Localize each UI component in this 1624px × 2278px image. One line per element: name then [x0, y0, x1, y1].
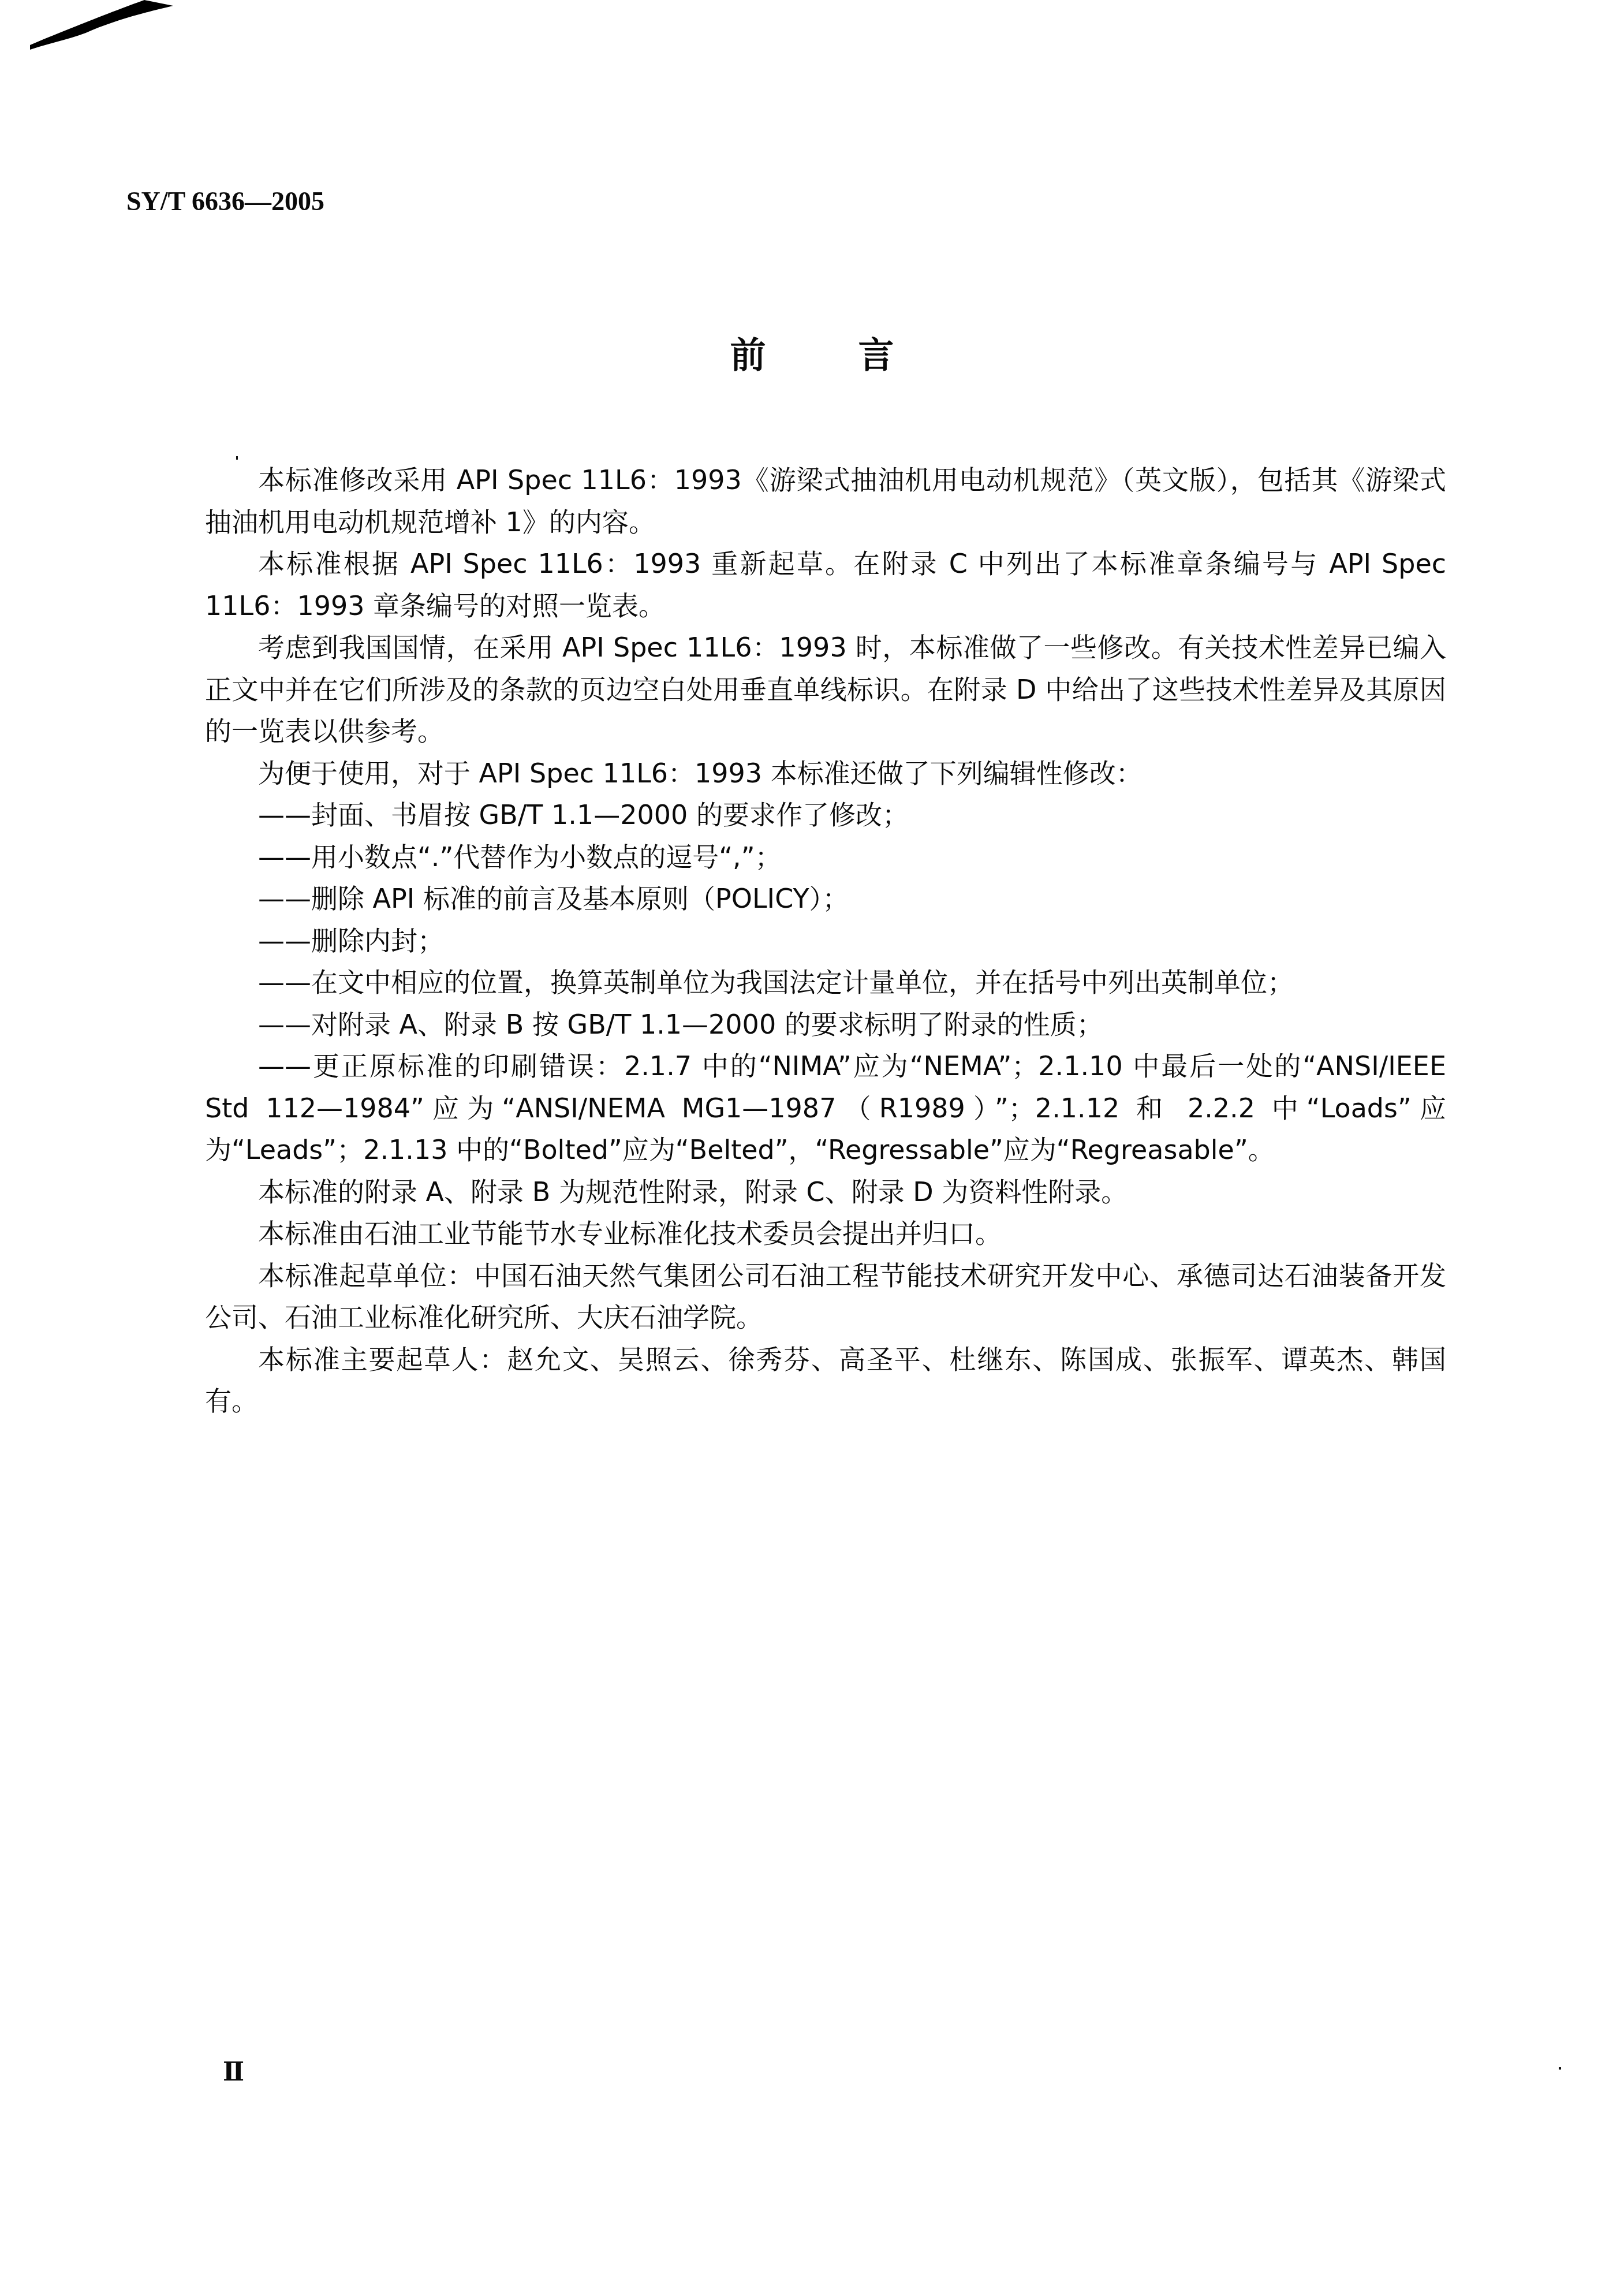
- scan-artifact-stroke: [0, 0, 242, 64]
- list-item-delete-inner-cover: ——删除内封；: [205, 920, 1446, 962]
- paragraph-drafting-units: 本标准起草单位：中国石油天然气集团公司石油工程节能技术研究开发中心、承德司达石油…: [205, 1255, 1446, 1339]
- paragraph-drafters: 本标准主要起草人：赵允文、吴照云、徐秀芬、高圣平、杜继东、陈国成、张振军、谭英杰…: [205, 1339, 1446, 1422]
- standard-number-header: SY/T 6636—2005: [126, 186, 324, 217]
- list-item-annex-nature: ——对附录 A、附录 B 按 GB/T 1.1—2000 的要求标明了附录的性质…: [205, 1004, 1446, 1046]
- paragraph-editorial-intro: 为便于使用，对于 API Spec 11L6：1993 本标准还做了下列编辑性修…: [205, 752, 1446, 795]
- scan-speck: [1559, 2067, 1561, 2070]
- list-item-delete-foreword: ——删除 API 标准的前言及基本原则（POLICY）；: [205, 878, 1446, 920]
- foreword-body: 本标准修改采用 API Spec 11L6：1993《游梁式抽油机用电动机规范》…: [205, 459, 1446, 1422]
- paragraph-redrafting: 本标准根据 API Spec 11L6：1993 重新起草。在附录 C 中列出了…: [205, 543, 1446, 627]
- paragraph-annex-types: 本标准的附录 A、附录 B 为规范性附录，附录 C、附录 D 为资料性附录。: [205, 1171, 1446, 1213]
- list-item-cover: ——封面、书眉按 GB/T 1.1—2000 的要求作了修改；: [205, 794, 1446, 836]
- page-number: Ⅱ: [223, 2057, 244, 2087]
- paragraph-proposed-by: 本标准由石油工业节能节水专业标准化技术委员会提出并归口。: [205, 1213, 1446, 1255]
- paragraph-technical-differences: 考虑到我国国情，在采用 API Spec 11L6：1993 时，本标准做了一些…: [205, 627, 1446, 752]
- paragraph-adoption: 本标准修改采用 API Spec 11L6：1993《游梁式抽油机用电动机规范》…: [205, 459, 1446, 543]
- scan-speck: [236, 456, 238, 460]
- list-item-decimal-point: ——用小数点“.”代替作为小数点的逗号“,”；: [205, 836, 1446, 878]
- list-item-unit-conversion: ——在文中相应的位置，换算英制单位为我国法定计量单位，并在括号中列出英制单位；: [205, 961, 1446, 1004]
- list-item-errata: ——更正原标准的印刷错误：2.1.7 中的“NIMA”应为“NEMA”；2.1.…: [205, 1045, 1446, 1171]
- page-title: 前言: [0, 327, 1624, 378]
